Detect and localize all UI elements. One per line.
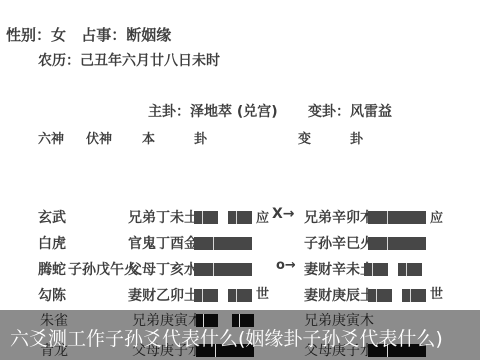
lunar-label: 农历： xyxy=(38,53,80,69)
shi-marker: 世 xyxy=(430,283,443,302)
main-yao-label: 兄弟丁未土 xyxy=(128,207,198,227)
main-hexagram-label: 主卦： xyxy=(148,104,190,120)
moving-yin-arrow-icon: X→ xyxy=(272,206,295,222)
gender-value: 女 xyxy=(51,26,66,44)
moving-yang-arrow-icon: o→ xyxy=(276,258,296,273)
yin-line xyxy=(194,211,252,224)
yin-line xyxy=(194,289,252,302)
gender-row: 性别：女 占事：断姻缘 xyxy=(6,24,171,45)
main-yao-label: 妻财乙卯土 xyxy=(128,285,198,305)
col-main-a: 本 xyxy=(142,128,155,147)
yang-line xyxy=(194,237,252,250)
yin-line xyxy=(368,289,426,302)
yang-line xyxy=(368,237,426,250)
changed-hexagram-title: 变卦：风雷益 xyxy=(308,101,392,121)
gender-label: 性别： xyxy=(6,26,51,44)
col-change-a: 变 xyxy=(298,128,311,147)
main-hexagram-palace: (兑宫) xyxy=(237,104,278,120)
ying-marker: 应 xyxy=(430,207,443,226)
lunar-date-row: 农历：己丑年六月廿八日未时 xyxy=(38,50,220,70)
col-hidden-spirit: 伏神 xyxy=(86,128,112,147)
main-hexagram-title: 主卦：泽地萃 (兑宫) xyxy=(148,101,278,121)
beast-label: 白虎 xyxy=(38,233,66,253)
lunar-value: 己丑年六月廿八日未时 xyxy=(80,53,220,69)
changed-hexagram-name: 风雷益 xyxy=(350,104,392,120)
col-main-b: 卦 xyxy=(194,128,207,147)
main-hexagram-name: 泽地萃 xyxy=(190,104,232,120)
col-six-beasts: 六神 xyxy=(38,128,64,147)
changed-yao-label: 兄弟辛卯木 xyxy=(304,207,374,227)
yang-line xyxy=(194,263,252,276)
changed-hexagram-label: 变卦： xyxy=(308,104,350,120)
matter-value: 断姻缘 xyxy=(126,26,171,44)
caption-title: 六爻测工作子孙爻代表什么(姻缘卦子孙爻代表什么) xyxy=(10,324,480,351)
ying-marker: 应 xyxy=(256,207,269,226)
beast-label: 勾陈 xyxy=(38,285,66,305)
beast-label: 腾蛇 xyxy=(38,259,66,279)
beast-label: 玄武 xyxy=(38,207,66,227)
matter-label: 占事： xyxy=(81,26,126,44)
main-yao-label: 父母丁亥水 xyxy=(128,259,198,279)
changed-yao-label: 妻财庚辰土 xyxy=(304,285,374,305)
shi-marker: 世 xyxy=(256,283,269,302)
yin-line xyxy=(364,263,422,276)
main-yao-label: 官鬼丁酉金 xyxy=(128,233,198,253)
col-change-b: 卦 xyxy=(350,128,363,147)
yang-line xyxy=(368,211,426,224)
changed-yao-label: 子孙辛巳火 xyxy=(304,233,374,253)
